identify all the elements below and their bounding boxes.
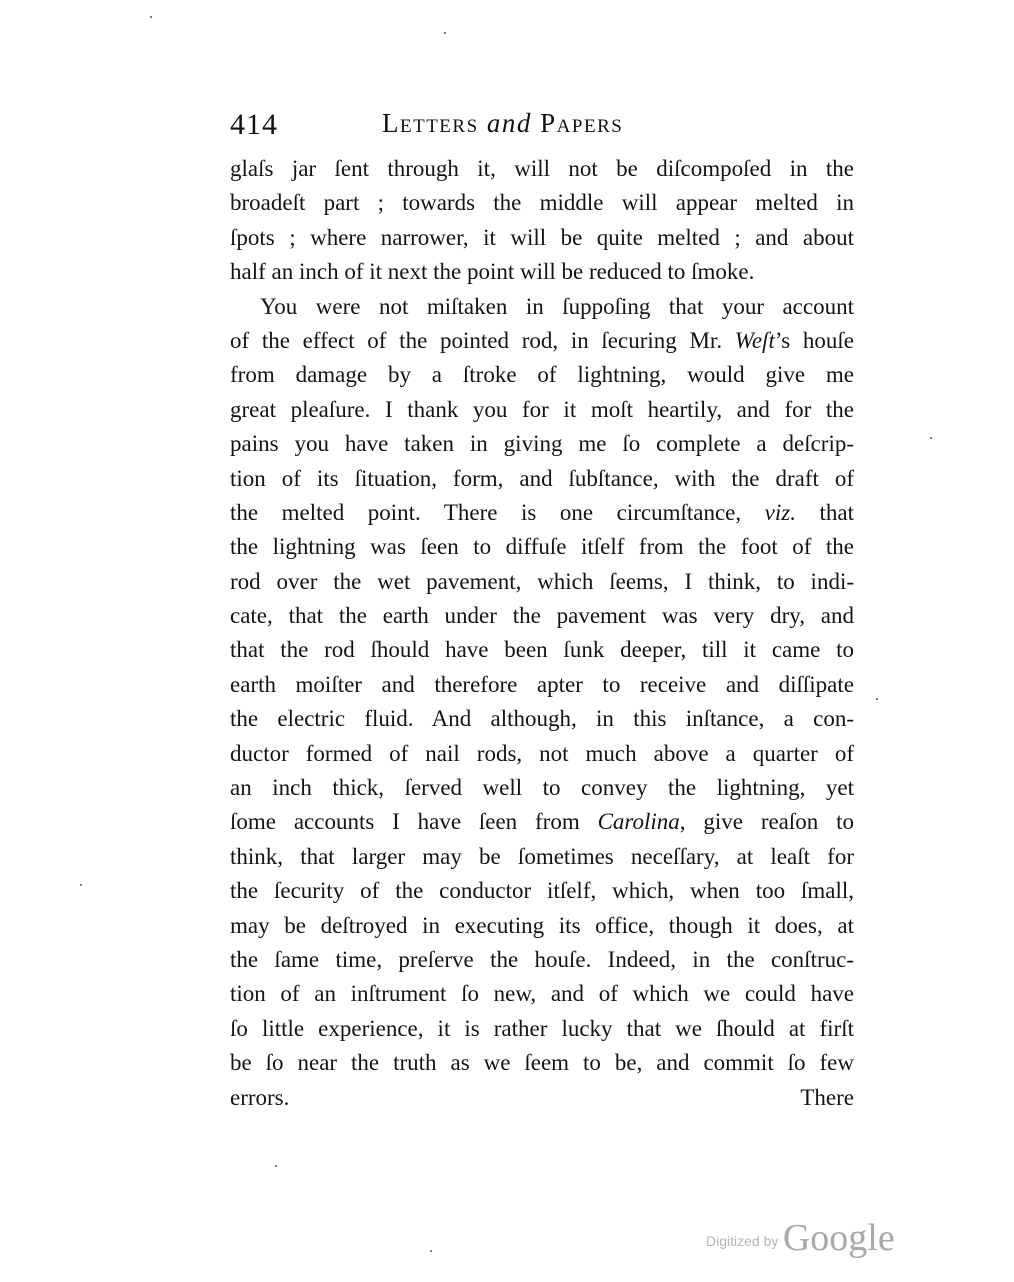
running-title-connector: and — [487, 108, 532, 138]
text-line: broadeſt part ; towards the middle will … — [230, 186, 854, 220]
text-segment: ’s houſe — [775, 328, 854, 353]
italic-place-carolina: Carolina — [598, 809, 680, 834]
text-line: cate, that the earth under the pavement … — [230, 599, 854, 633]
catchword: There — [800, 1081, 854, 1115]
italic-name-west: Weſt — [735, 328, 775, 353]
scan-speck — [150, 16, 152, 18]
text-line: of the effect of the pointed rod, in ſec… — [230, 324, 854, 358]
text-line: great pleaſure. I thank you for it moſt … — [230, 393, 854, 427]
text-segment: , give reaſon to — [680, 809, 854, 834]
scan-speck — [430, 1250, 432, 1252]
text-line: the electric fluid. And although, in thi… — [230, 702, 854, 736]
text-line: rod over the wet pavement, which ſeems, … — [230, 565, 854, 599]
text-line: the ſecurity of the conductor itſelf, wh… — [230, 874, 854, 908]
italic-viz: viz. — [765, 500, 796, 525]
text-line: tion of an inſtrument ſo new, and of whi… — [230, 977, 854, 1011]
scan-speck — [80, 884, 82, 886]
text-line: the ſame time, preſerve the houſe. Indee… — [230, 943, 854, 977]
text-line: from damage by a ſtroke of lightning, wo… — [230, 358, 854, 392]
final-word: errors. — [230, 1081, 289, 1115]
text-line: that the rod ſhould have been ſunk deepe… — [230, 633, 854, 667]
text-line: glaſs jar ſent through it, will not be d… — [230, 152, 854, 186]
text-line: be ſo near the truth as we ſeem to be, a… — [230, 1046, 854, 1080]
text-line: earth moiſter and therefore apter to rec… — [230, 668, 854, 702]
paragraph-start-line: You were not miſtaken in ſuppoſing that … — [230, 290, 854, 324]
running-head: 414 Letters and Papers — [230, 108, 858, 148]
text-segment: that — [796, 500, 854, 525]
running-title-part2: Papers — [540, 108, 623, 138]
text-line: the lightning was ſeen to diffuſe itſelf… — [230, 530, 854, 564]
google-logo: Google — [783, 1217, 895, 1259]
digitized-watermark: Digitized by Google — [706, 1216, 895, 1260]
scan-speck — [275, 1165, 277, 1167]
body-text: glaſs jar ſent through it, will not be d… — [230, 152, 854, 1115]
text-line: ſome accounts I have ſeen from Carolina,… — [230, 805, 854, 839]
text-line: tion of its ſituation, form, and ſubſtan… — [230, 462, 854, 496]
text-line: ſo little experience, it is rather lucky… — [230, 1012, 854, 1046]
text-segment: ſome accounts I have ſeen from — [230, 809, 580, 834]
watermark-prefix: Digitized by — [706, 1233, 778, 1249]
book-page: 414 Letters and Papers glaſs jar ſent th… — [0, 0, 1014, 1282]
scan-speck — [876, 698, 878, 700]
text-segment: the melted point. There is one circumſta… — [230, 500, 741, 525]
text-line: ductor formed of nail rods, not much abo… — [230, 737, 854, 771]
scan-speck — [930, 437, 932, 439]
text-line: the melted point. There is one circumſta… — [230, 496, 854, 530]
text-line: ſpots ; where narrower, it will be quite… — [230, 221, 854, 255]
text-line: pains you have taken in giving me ſo com… — [230, 427, 854, 461]
text-line: think, that larger may be ſometimes nece… — [230, 840, 854, 874]
scan-speck — [444, 32, 446, 34]
running-title-part1: Letters — [382, 108, 479, 138]
text-line: errors. There — [230, 1081, 854, 1115]
text-line: half an inch of it next the point will b… — [230, 255, 854, 289]
text-line: may be deſtroyed in executing its office… — [230, 909, 854, 943]
running-title: Letters and Papers — [382, 108, 623, 139]
page-number: 414 — [230, 108, 278, 142]
text-segment: of the effect of the pointed rod, in ſec… — [230, 328, 722, 353]
text-line: an inch thick, ſerved well to convey the… — [230, 771, 854, 805]
